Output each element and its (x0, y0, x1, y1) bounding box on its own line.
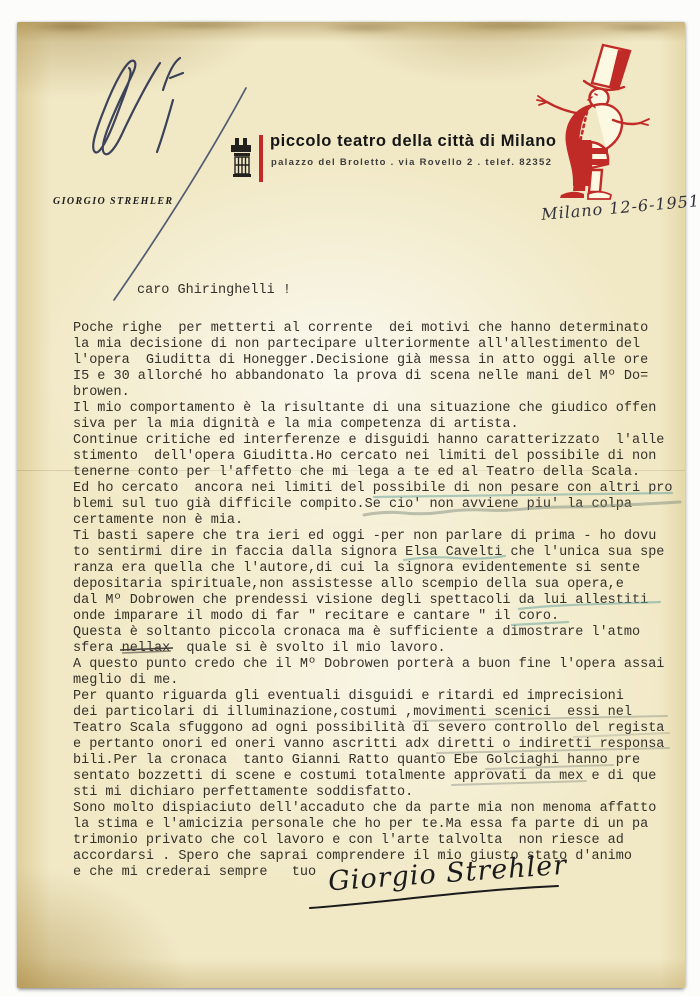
letter-line: siva per la mia dignità e la mia compete… (73, 417, 673, 433)
letter-line: A questo punto credo che il Mº Dobrowen … (73, 657, 673, 673)
letter-line: Per quanto riguarda gli eventuali disgui… (73, 689, 673, 705)
letter-line: Continue critiche ed interferenze e disg… (73, 433, 673, 449)
letter-line: Il mio comportamento è la risultante di … (73, 401, 673, 417)
letter-line: stimento dell'opera Giuditta.Ho cercato … (73, 449, 673, 465)
letter-line: certamente non è mia. (73, 513, 673, 529)
letter-line: meglio di me. (73, 673, 673, 689)
letter-line: Ti basti sapere che tra ieri ed oggi -pe… (73, 529, 673, 545)
letter-line: dei particolari di illuminazione,costumi… (73, 705, 673, 721)
letterhead-sender-name: GIORGIO STREHLER (53, 196, 173, 207)
letter-line: blemi sul tuo già difficile compito.Se c… (73, 497, 673, 513)
letterhead-title: piccolo teatro della città di Milano (270, 132, 557, 151)
letter-line: sentato bozzetti di scene e costumi tota… (73, 769, 673, 785)
salutation: caro Ghiringhelli ! (137, 283, 291, 298)
city-crest-icon (229, 134, 255, 180)
letter-line: bili.Per la cronaca tanto Gianni Ratto q… (73, 753, 673, 769)
letter-line: Teatro Scala sfuggono ad ogni possibilit… (73, 721, 673, 737)
letterhead-red-bar (259, 135, 263, 182)
paper-aged-edge (17, 22, 685, 38)
letter-line: Ed ho cercato ancora nei limiti del poss… (73, 481, 673, 497)
letter-line: la stima e l'amicizia personale che ho p… (73, 817, 673, 833)
letter-line: I5 e 30 allorché ho abbandonato la prova… (73, 369, 673, 385)
letter-line: Questa è soltanto piccola cronaca ma è s… (73, 625, 673, 641)
letter-line: e pertanto onori ed oneri vanno ascritti… (73, 737, 673, 753)
letter-line: depositaria spirituale,non assistesse al… (73, 577, 673, 593)
letter-line: Poche righe per metterti al corrente dei… (73, 321, 673, 337)
letter-line: l'opera Giuditta di Honegger.Decisione g… (73, 353, 673, 369)
letter-line: ranza era quella che l'autore,di cui la … (73, 561, 673, 577)
letter-line: to sentirmi dire in faccia dalla signora… (73, 545, 673, 561)
letter-line: trimonio privato che col lavoro e con l'… (73, 833, 673, 849)
scanned-letter: piccolo teatro della città di Milano pal… (0, 0, 700, 996)
piccolo-teatro-mascot-figure (513, 40, 661, 204)
letter-body: Poche righe per metterti al corrente dei… (73, 321, 673, 881)
letter-line: onde imparare il modo di far " recitare … (73, 609, 673, 625)
letter-line: dal Mº Dobrowen che prendessi visione de… (73, 593, 673, 609)
letter-line: tenerne conto per l'affetto che mi lega … (73, 465, 673, 481)
letter-line: la mia decisione di non partecipare ulte… (73, 337, 673, 353)
letter-line: browen. (73, 385, 673, 401)
letter-line: Sono molto dispiaciuto dell'accaduto che… (73, 801, 673, 817)
letter-line: sti mi dichiaro perfettamente soddisfatt… (73, 785, 673, 801)
letter-line: sfera nellax quale si è svolto il mio la… (73, 641, 673, 657)
letterhead-address: palazzo del Broletto . via Rovello 2 . t… (271, 157, 552, 168)
